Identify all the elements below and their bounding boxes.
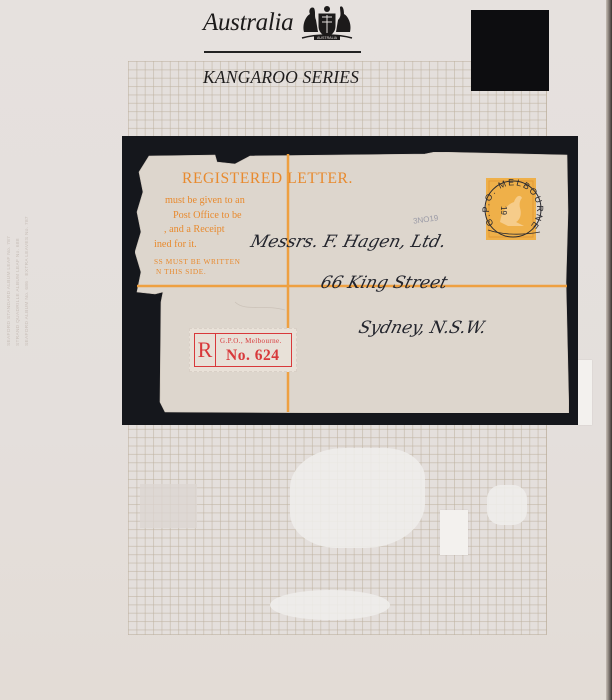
instruction-caps: N THIS SIDE.	[143, 267, 245, 277]
page-header: Australia AUSTRALIA KANGAROO SERIES	[190, 0, 390, 95]
album-page: Australia AUSTRALIA KANGAROO SERIES SEAF…	[0, 0, 606, 700]
registered-envelope[interactable]: REGISTERED LETTER. must be given to an P…	[135, 152, 569, 413]
black-mount-square	[471, 10, 549, 91]
address-line: Messrs. F. Hagen, Ltd.	[249, 232, 449, 252]
registered-letter-heading: REGISTERED LETTER.	[182, 170, 353, 188]
coat-of-arms-icon: AUSTRALIA	[298, 2, 356, 46]
instruction-caps: SS MUST BE WRITTEN	[143, 257, 245, 267]
hinge-residue	[487, 485, 527, 525]
registration-office: G.P.O., Melbourne.	[220, 337, 282, 345]
postmark: G.P.O. MELBOURNE 19	[478, 174, 548, 244]
page-edge	[606, 0, 612, 700]
hinge-residue	[140, 484, 197, 528]
instruction-line: , and a Receipt	[143, 223, 245, 238]
svg-text:19: 19	[499, 206, 508, 215]
svg-text:AUSTRALIA: AUSTRALIA	[317, 36, 338, 40]
address-line: Sydney, N.S.W.	[357, 318, 489, 338]
margin-imprint-line: STRAND QUADRILLE ALBUM LEAF No. 688	[16, 238, 21, 346]
instruction-line: must be given to an	[143, 194, 245, 209]
hinge	[578, 360, 592, 425]
hinge	[440, 510, 468, 555]
instruction-line: Post Office to be	[143, 209, 245, 224]
header-rule	[204, 51, 361, 53]
series-title: KANGAROO SERIES	[203, 67, 359, 88]
instructions-text: must be given to an Post Office to be , …	[143, 194, 245, 276]
margin-imprint-line: SEAFORD STANDARD ALBUM LEAF No. 787	[7, 236, 12, 346]
registration-label-frame: R G.P.O., Melbourne. No. 624	[194, 333, 292, 367]
registration-r: R	[195, 334, 216, 366]
margin-imprint: SEAFORD STANDARD ALBUM LEAF No. 787 STRA…	[4, 236, 44, 346]
hinge-residue	[290, 448, 425, 548]
brand-title: Australia	[203, 9, 293, 37]
margin-imprint-line: SEAFORD ALBUM No. 686 · EXTRA LEAVES No.…	[25, 216, 30, 346]
registration-label: R G.P.O., Melbourne. No. 624	[189, 328, 297, 372]
svg-text:G.P.O. MELBOURNE: G.P.O. MELBOURNE	[481, 177, 545, 232]
address-line: 66 King Street	[319, 273, 450, 293]
hinge-residue	[270, 590, 390, 620]
registration-number: No. 624	[226, 347, 279, 365]
instruction-line: ined for it.	[143, 238, 245, 253]
